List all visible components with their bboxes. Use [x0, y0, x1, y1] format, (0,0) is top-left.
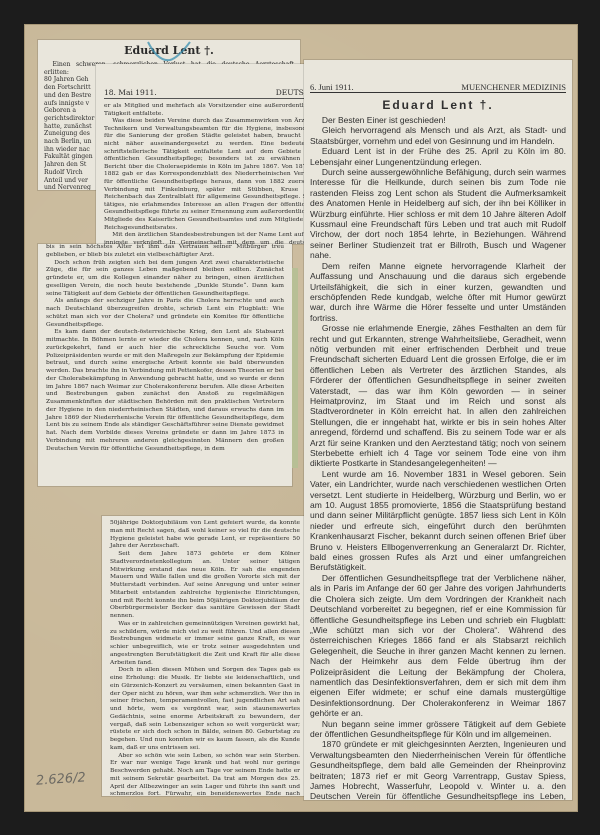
clipping-1-fragment: gerichtsdirektor: [44, 115, 104, 123]
clipping-5-paragraph: Dem reifen Manne eignete hervorragende K…: [310, 261, 566, 323]
clipping-2-paragraph: er als Mitglied und mehrfach als Vorsitz…: [104, 103, 316, 118]
clipping-5-paragraph: Durch seine aussergewöhnliche Befähigung…: [310, 167, 566, 261]
clipping-deutsche-1911-05-18: 18. Mai 1911. DEUTSCH er als Mitglied un…: [96, 64, 324, 244]
clipping-1-fragment: 80 Jahren Geh: [44, 76, 104, 84]
blue-pencil-mark: [138, 40, 198, 65]
clipping-1-fragment: und den Bestre: [44, 92, 104, 100]
clipping-3-paragraph: bis in sein höchstes Alter ist ihm das V…: [46, 244, 284, 260]
clipping-5-date: 6. Juni 1911.: [310, 82, 354, 92]
clipping-1-fragment: Rudolf Virch: [44, 169, 104, 177]
clipping-1-fragment: aufs innigste v: [44, 100, 104, 108]
clipping-5-title: Eduard Lent †.: [310, 97, 566, 113]
clipping-5-dateline: 6. Juni 1911. MUENCHENER MEDIZINIS: [310, 60, 566, 93]
clipping-1-fragment: Geboren a: [44, 107, 104, 115]
clipping-2-paragraph: Mit den ärztlichen Standesbestrebungen i…: [104, 232, 316, 244]
clipping-1-fragment: Anteil und ver: [44, 177, 104, 185]
clipping-5-paragraph: Nun begann seine immer grössere Tätigkei…: [310, 719, 566, 740]
clipping-4-paragraph: 50jährige Doktorjubiläum von Lent gefeie…: [110, 520, 300, 551]
paper-edge-strip: [292, 268, 298, 468]
clipping-1-fragment: ihn wieder nac: [44, 146, 104, 154]
clipping-deutsche-continued: bis in sein höchstes Alter ist ihm das V…: [38, 244, 292, 486]
clipping-4-paragraph: Doch in allen diesen Mühen und Sorgen de…: [110, 667, 300, 752]
clipping-5-paragraph: Der Besten Einer ist geschieden!: [310, 115, 566, 125]
clipping-5-paragraph: Eduard Lent ist in der Frühe des 25. Apr…: [310, 146, 566, 167]
clipping-3-paragraph: Doch schon früh zeigten sich bei dem jun…: [46, 260, 284, 299]
clipping-5-paragraph: Gleich hervorragend als Mensch und als A…: [310, 125, 566, 146]
clipping-3-paragraph: Als anfangs der sechziger Jahre in Paris…: [46, 298, 284, 329]
clipping-3-paragraph: Es kam dann der deutsch-österreichische …: [46, 329, 284, 453]
clipping-4-paragraph: Was er in zahlreichen gemeinnützigen Ver…: [110, 621, 300, 668]
clipping-4-paragraph: Aber so schön wie sein Leben, so schön w…: [110, 753, 300, 797]
clipping-5-paragraph: Lent wurde am 16. November 1831 in Wesel…: [310, 469, 566, 573]
clipping-1-fragment: hatte, zunächst: [44, 123, 104, 131]
clipping-1-fragment: nach Berlin, un: [44, 138, 104, 146]
clipping-1-fragment: den Fortschritt: [44, 84, 104, 92]
clipping-1-fragment: Fakultät gingen: [44, 153, 104, 161]
clipping-2-paragraph: Was diese beiden Vereine durch das Zusam…: [104, 118, 316, 232]
clipping-1-fragment: Jahren den St: [44, 161, 104, 169]
clipping-2-date: 18. Mai 1911.: [104, 88, 157, 98]
clipping-5-paragraph: Der öffentlichen Gesundheitspflege trat …: [310, 573, 566, 719]
clipping-5-paragraph: Grosse nie erlahmende Energie, zähes Fes…: [310, 323, 566, 469]
clipping-1-fragment: Zuneigung des: [44, 130, 104, 138]
clipping-deutsche-end: 50jährige Doktorjubiläum von Lent gefeie…: [102, 516, 308, 796]
clipping-1-fragment: und Nervenreg: [44, 184, 104, 190]
clipping-5-journal: MUENCHENER MEDIZINIS: [461, 82, 566, 92]
clipping-1-fragments: 80 Jahren Gehden Fortschrittund den Best…: [44, 76, 104, 190]
clipping-5-body: Der Besten Einer ist geschieden!Gleich h…: [310, 115, 566, 800]
clipping-4-paragraph: Seit dem Jahre 1873 gehörte er dem Kölne…: [110, 551, 300, 621]
clipping-2-dateline: 18. Mai 1911. DEUTSCH: [104, 64, 316, 99]
clipping-5-paragraph: 1870 gründete er mit gleichgesinnten Aer…: [310, 739, 566, 800]
clipping-muenchener-1911-06-06: 6. Juni 1911. MUENCHENER MEDIZINIS Eduar…: [304, 60, 572, 800]
